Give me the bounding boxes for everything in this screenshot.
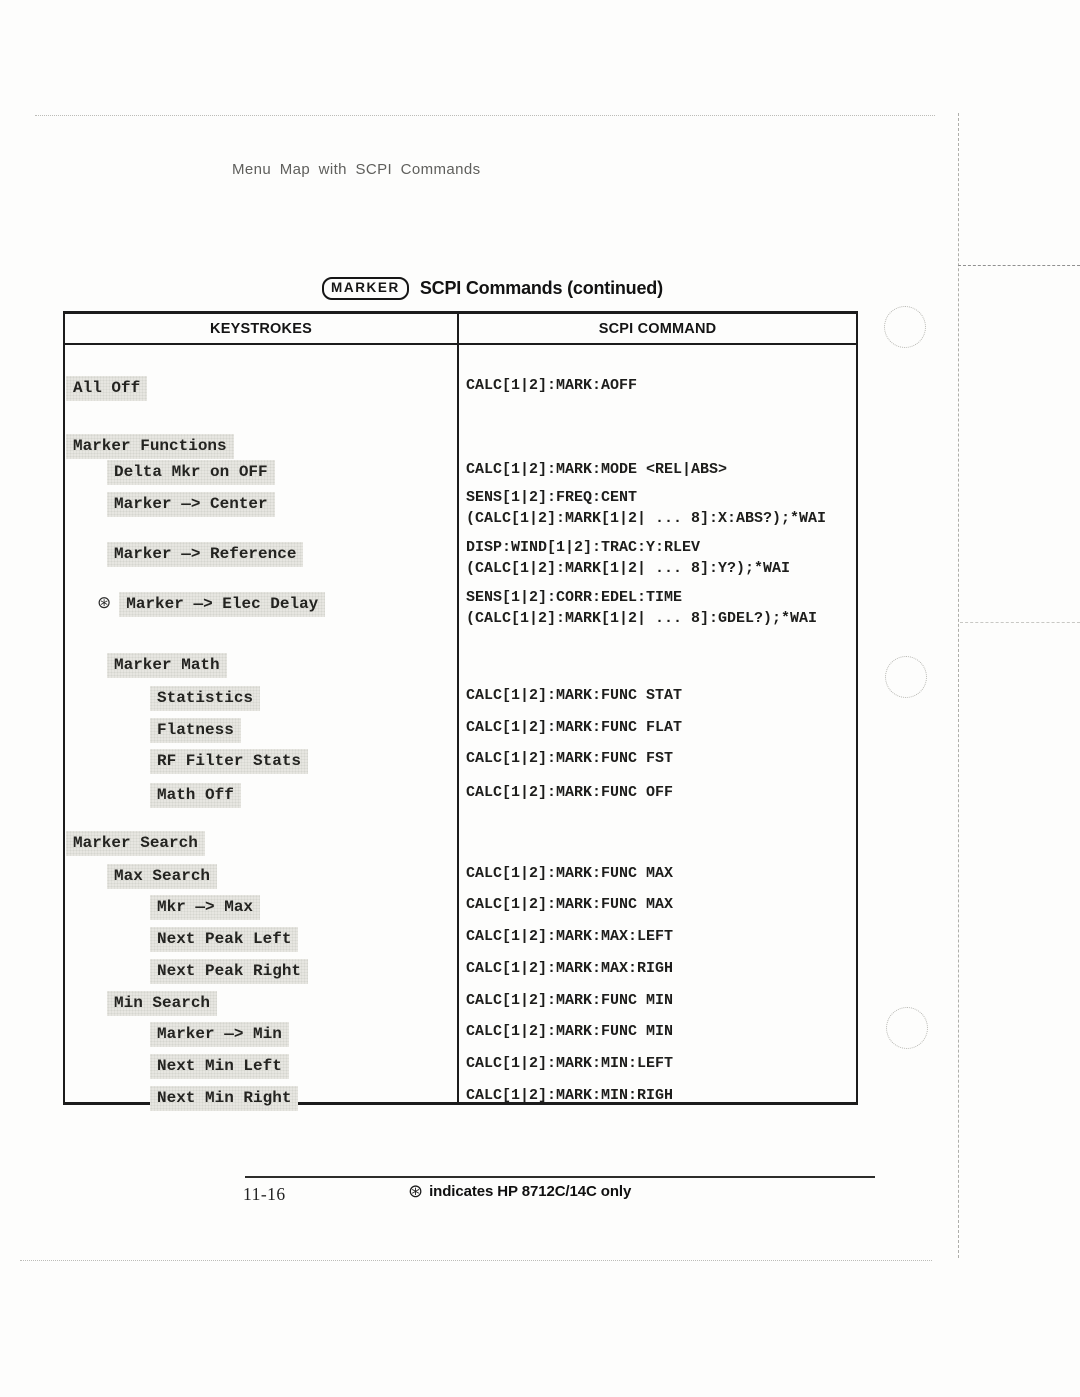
header-rule: [65, 343, 856, 345]
scan-dash-segment-middle: [960, 622, 1080, 623]
keystroke-row: Statistics: [150, 686, 260, 711]
scan-dotted-line-bottom: [20, 1260, 932, 1261]
scpi-command: CALC[1|2]:MARK:AOFF: [466, 375, 637, 396]
table-title-text: SCPI Commands (continued): [420, 278, 663, 299]
scpi-command-table: KEYSTROKES SCPI COMMAND All OffCALC[1|2]…: [63, 311, 858, 1105]
scpi-command: CALC[1|2]:MARK:MAX:RIGH: [466, 958, 673, 979]
scpi-command: SENS[1|2]:CORR:EDEL:TIME (CALC[1|2]:MARK…: [466, 587, 817, 629]
scpi-command: CALC[1|2]:MARK:FUNC MAX: [466, 894, 673, 915]
scpi-command: CALC[1|2]:MARK:FUNC FLAT: [466, 717, 682, 738]
keystroke-label: Delta Mkr on OFF: [107, 460, 275, 485]
table-title: MARKER SCPI Commands (continued): [322, 277, 663, 300]
keystroke-label: Next Min Right: [150, 1086, 298, 1111]
scpi-command: DISP:WIND[1|2]:TRAC:Y:RLEV (CALC[1|2]:MA…: [466, 537, 790, 579]
scpi-command: CALC[1|2]:MARK:FUNC MIN: [466, 990, 673, 1011]
keystroke-label: Marker Search: [66, 831, 205, 856]
column-divider: [457, 314, 459, 1102]
keystroke-label: Mkr —> Max: [150, 895, 260, 920]
circled-asterisk-icon: ⊛: [408, 1181, 423, 1202]
scpi-command: CALC[1|2]:MARK:MAX:LEFT: [466, 926, 673, 947]
punch-hole-top: [884, 306, 926, 348]
punch-hole-middle: [885, 656, 927, 698]
page-number: 11-16: [243, 1184, 286, 1205]
column-header-keystrokes: KEYSTROKES: [65, 321, 457, 337]
footer-note: ⊛ indicates HP 8712C/14C only: [408, 1181, 631, 1202]
punch-hole-bottom: [886, 1007, 928, 1049]
scpi-command: SENS[1|2]:FREQ:CENT (CALC[1|2]:MARK[1|2|…: [466, 487, 826, 529]
keystroke-label: RF Filter Stats: [150, 749, 308, 774]
keystroke-row: Next Min Right: [150, 1086, 298, 1111]
keystroke-row: RF Filter Stats: [150, 749, 308, 774]
keystroke-label: Marker Functions: [66, 434, 234, 459]
running-header: Menu Map with SCPI Commands: [232, 161, 481, 178]
scpi-command: CALC[1|2]:MARK:FUNC MIN: [466, 1021, 673, 1042]
keystroke-label: Marker Math: [107, 653, 227, 678]
scpi-command: CALC[1|2]:MARK:FUNC OFF: [466, 782, 673, 803]
keystroke-row: Marker —> Reference: [107, 542, 303, 567]
scpi-command: CALC[1|2]:MARK:MIN:LEFT: [466, 1053, 673, 1074]
keystroke-label: Next Peak Right: [150, 959, 308, 984]
footer-note-text: indicates HP 8712C/14C only: [429, 1183, 631, 1200]
keystroke-row: ⊛Marker —> Elec Delay: [97, 592, 325, 617]
keystroke-row: Marker —> Center: [107, 492, 275, 517]
footer-rule: [245, 1176, 875, 1178]
keystroke-label: Flatness: [150, 718, 241, 743]
keystroke-row: Next Peak Right: [150, 959, 308, 984]
keystroke-label: Marker —> Min: [150, 1022, 289, 1047]
keystroke-row: Math Off: [150, 783, 241, 808]
keystroke-label: Max Search: [107, 864, 217, 889]
keystroke-label: Min Search: [107, 991, 217, 1016]
keystroke-label: Next Peak Left: [150, 927, 298, 952]
scan-dotted-line-top: [35, 115, 935, 116]
scpi-command: CALC[1|2]:MARK:FUNC FST: [466, 748, 673, 769]
keystroke-label: Marker —> Center: [107, 492, 275, 517]
keystroke-row: Next Peak Left: [150, 927, 298, 952]
keystroke-row: All Off: [66, 376, 147, 401]
keystroke-row: Delta Mkr on OFF: [107, 460, 275, 485]
circled-asterisk-icon: ⊛: [97, 592, 111, 614]
marker-keycap: MARKER: [322, 277, 409, 300]
scpi-command: CALC[1|2]:MARK:MIN:RIGH: [466, 1085, 673, 1106]
keystroke-label: Marker —> Reference: [107, 542, 303, 567]
scpi-command: CALC[1|2]:MARK:FUNC MAX: [466, 863, 673, 884]
keystroke-row: Marker Search: [66, 831, 205, 856]
keystroke-label: Marker —> Elec Delay: [119, 592, 325, 617]
keystroke-label: Math Off: [150, 783, 241, 808]
keystroke-row: Max Search: [107, 864, 217, 889]
keystroke-row: Flatness: [150, 718, 241, 743]
keystroke-row: Min Search: [107, 991, 217, 1016]
keystroke-label: Next Min Left: [150, 1054, 289, 1079]
scpi-command: CALC[1|2]:MARK:MODE <REL|ABS>: [466, 459, 727, 480]
scan-dashed-line-right: [958, 113, 959, 1258]
keystroke-label: All Off: [66, 376, 147, 401]
scanned-manual-page: Menu Map with SCPI Commands MARKER SCPI …: [0, 0, 1080, 1397]
keystroke-row: Next Min Left: [150, 1054, 289, 1079]
column-header-scpi-command: SCPI COMMAND: [459, 321, 856, 337]
keystroke-row: Mkr —> Max: [150, 895, 260, 920]
keystroke-row: Marker Math: [107, 653, 227, 678]
keystroke-row: Marker —> Min: [150, 1022, 289, 1047]
scan-dash-segment-upper: [958, 265, 1080, 266]
keystroke-row: Marker Functions: [66, 434, 234, 459]
scpi-command: CALC[1|2]:MARK:FUNC STAT: [466, 685, 682, 706]
keystroke-label: Statistics: [150, 686, 260, 711]
